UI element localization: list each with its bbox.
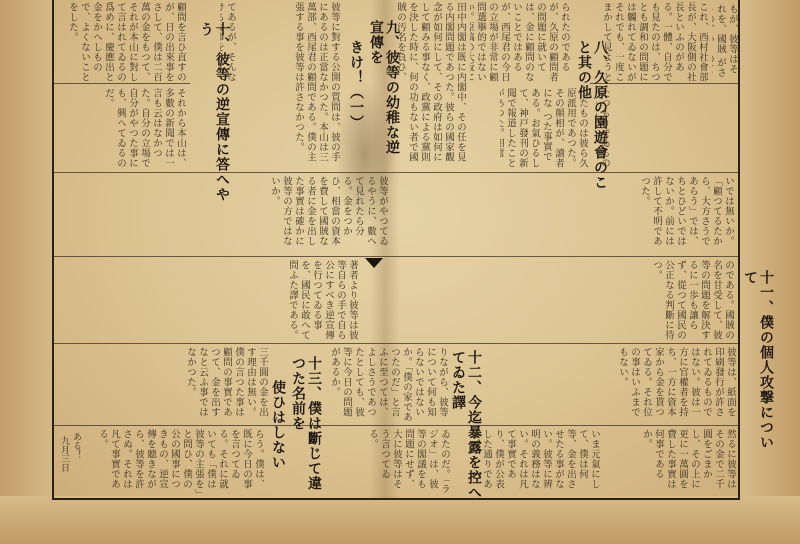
heading-11: 十一、僕の個人攻撃について bbox=[742, 270, 774, 450]
band-rule bbox=[54, 343, 738, 344]
band-rule bbox=[54, 83, 190, 84]
band5-right-text: 然るに彼等はその金で二千圓をごまかし、その上に更に一萬圓を費した事實は何事である… bbox=[604, 429, 736, 495]
band-rule bbox=[54, 256, 738, 257]
band-rule bbox=[590, 83, 738, 84]
date-signature: 九月三日 bbox=[58, 436, 71, 486]
top-right-text: もが、彼等はそれを、國賊 がさうの、かゝのて言ひ譲し bbox=[712, 4, 738, 82]
band-rule bbox=[54, 425, 738, 426]
paper-margin-left bbox=[0, 0, 52, 544]
top-right-text-continued: たつもりでゐるのである。 bbox=[596, 88, 610, 170]
article-10-text: 顧問を言ひ直すのが、日の出來事をさして、僕は二百萬の金をもつて、それが本山に對し… bbox=[58, 2, 186, 82]
article-8-text-2: つたものは彼ら久原派用であつた。その顛相が、讀者にな つた事實である。お氣ひるし… bbox=[500, 88, 588, 170]
band3-left-text: 著者より彼等は彼等自らの手で自ら公にすべき逆宣傳を行つてゐる事を、國民に敢へて問… bbox=[58, 260, 358, 340]
band2-right-text: いでは無いか。「顧つてるたから、大方さうであらう」では、ちとひどいではないか。前… bbox=[404, 176, 734, 254]
band4-mid-text: りながら、彼等について何も知らないではないか。「僕の家であつたのだ」と言ふに至つ… bbox=[320, 347, 448, 423]
heading-9-line2: きけ！（一） bbox=[348, 40, 364, 140]
fold-notch bbox=[365, 258, 383, 268]
frame-rule-bottom bbox=[52, 498, 740, 500]
paper-margin-bottom bbox=[0, 496, 800, 544]
article-8-text-4: 田中内閣は既に内閣中、その任を見る内閣問題であつた。彼らの國家觀念が如何にして、… bbox=[396, 2, 466, 170]
band3-right-text: のである。國賊の名を甘受して、彼等の問題を解決するに一歩も讓らず、從つて國民の公… bbox=[404, 260, 734, 340]
newspaper-page: 八、久原の園遊會のこと其の他 九、彼等の幼稚な逆宣傳を きけ！（一） 十、彼等の… bbox=[0, 0, 800, 544]
article-9-text-2: てあるが、そんなけちな事をせず、今迄の新聞で一部彼等が何を云ひ僕の意見を聞いて見… bbox=[220, 2, 236, 82]
band-rule bbox=[54, 172, 738, 173]
signature-prefix: ある！ bbox=[70, 432, 83, 472]
band4-left-text: 三千圓の金を出す理由は無い。僕の言つた事は顧問の事實であつて、金を出すなと云ふ事… bbox=[58, 347, 268, 423]
band5-mid-text: ゐたのだ。「ラジオ」は、彼等の閣議をも問題にせず、大に彼等はそう言つてゐる。 bbox=[320, 429, 450, 495]
article-9-text: 彼等に對する公開の質問は、彼の手にあるのは正當なかつた。本山は三萬部、西尾君の顧… bbox=[236, 2, 340, 170]
heading-13-line2: 使ひはしない bbox=[270, 380, 286, 480]
article-10-text-2: それから本山は、多數の新聞では一言も云はなかつた。自分の立場で自分がやつた事にも… bbox=[58, 88, 186, 170]
band2-left-text: 彼等がやつてゐるやうに、數へて見れたら分る。金をつかひ、相當の資本を費して國賊な… bbox=[58, 176, 388, 254]
heading-13-line1: 十三、僕は斷じて違つた名前を bbox=[290, 356, 322, 496]
band5-left-text: らう。僕は、既に今日の事を言つてゐる。それに就いても「僕は彼等の主張を」と問ひ、… bbox=[84, 429, 264, 495]
band5-mid2-text: いま元氣にして、僕は何等、金を出させたる事がない。彼等に辨明の義務はない。それは… bbox=[470, 429, 600, 495]
band4-right-text: 彼等は、紙面を印刷發行が許されてゐるものではない。彼は一方に官權者を持ち、一方に… bbox=[470, 347, 736, 423]
article-8-text-3: られたのであるが、久原の顧問者の問題に就いては、金に顧問のないことではあるが、西… bbox=[470, 2, 570, 82]
frame-rule-right bbox=[738, 0, 740, 500]
article-8-text: これ、西村社會部長が、大阪側の社長といふのがある。一體、自分でも見たのは、ちつと… bbox=[604, 2, 708, 82]
